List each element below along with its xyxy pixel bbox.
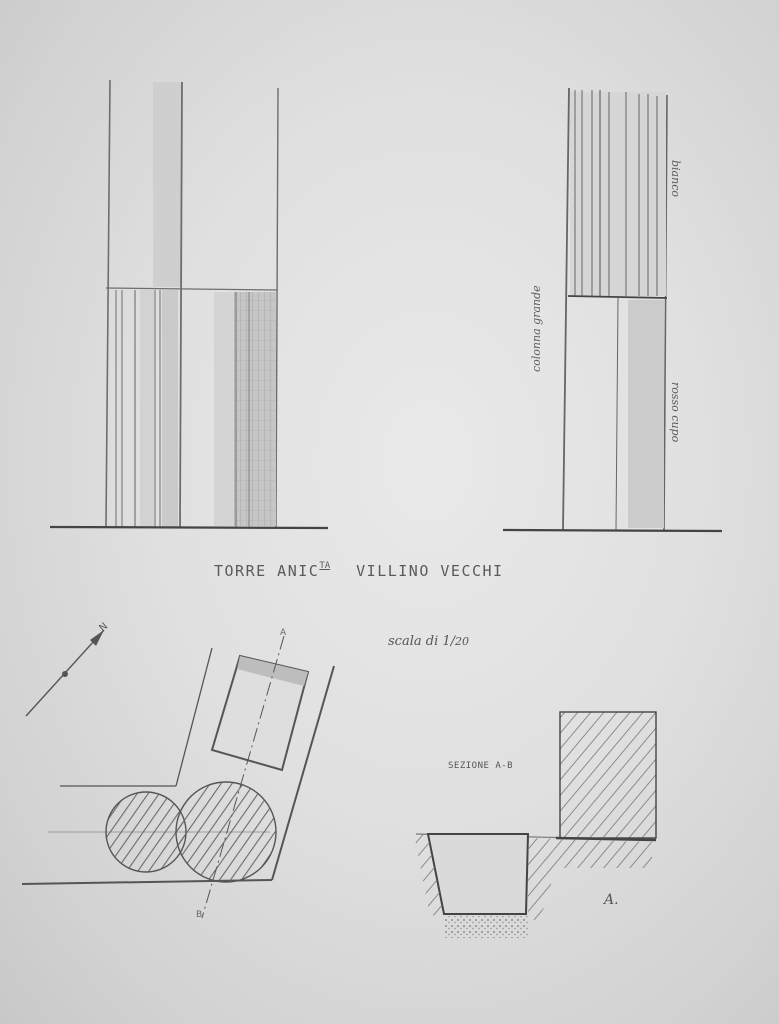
corner-mark: A. <box>604 892 619 908</box>
site-plan <box>22 630 334 918</box>
section-label: SEZIONE A-B <box>448 761 513 771</box>
scale-text: scala di 1 <box>388 634 451 649</box>
drawing-sheet: TORRE ANICTAVILLINO VECCHI scala di 1/20… <box>0 0 779 1024</box>
title-superscript: TA <box>319 561 330 571</box>
drawing-title: TORRE ANICTAVILLINO VECCHI <box>214 562 504 580</box>
section-marker-b: B <box>196 910 202 920</box>
title-main: TORRE ANIC <box>214 562 319 580</box>
left-elevation <box>50 80 328 528</box>
section-a-b <box>414 712 656 938</box>
title-rest: VILLINO VECCHI <box>356 562 503 580</box>
annotation-rosso: rosso cupo <box>669 382 682 442</box>
scale-note: scala di 1/20 <box>388 634 469 649</box>
annotation-bianco: bianco <box>669 160 682 197</box>
annotation-colonna: colonna grande <box>530 285 543 372</box>
section-marker-a: A <box>280 628 286 638</box>
architectural-drawing <box>0 0 779 1024</box>
scale-denominator: 20 <box>455 635 469 648</box>
